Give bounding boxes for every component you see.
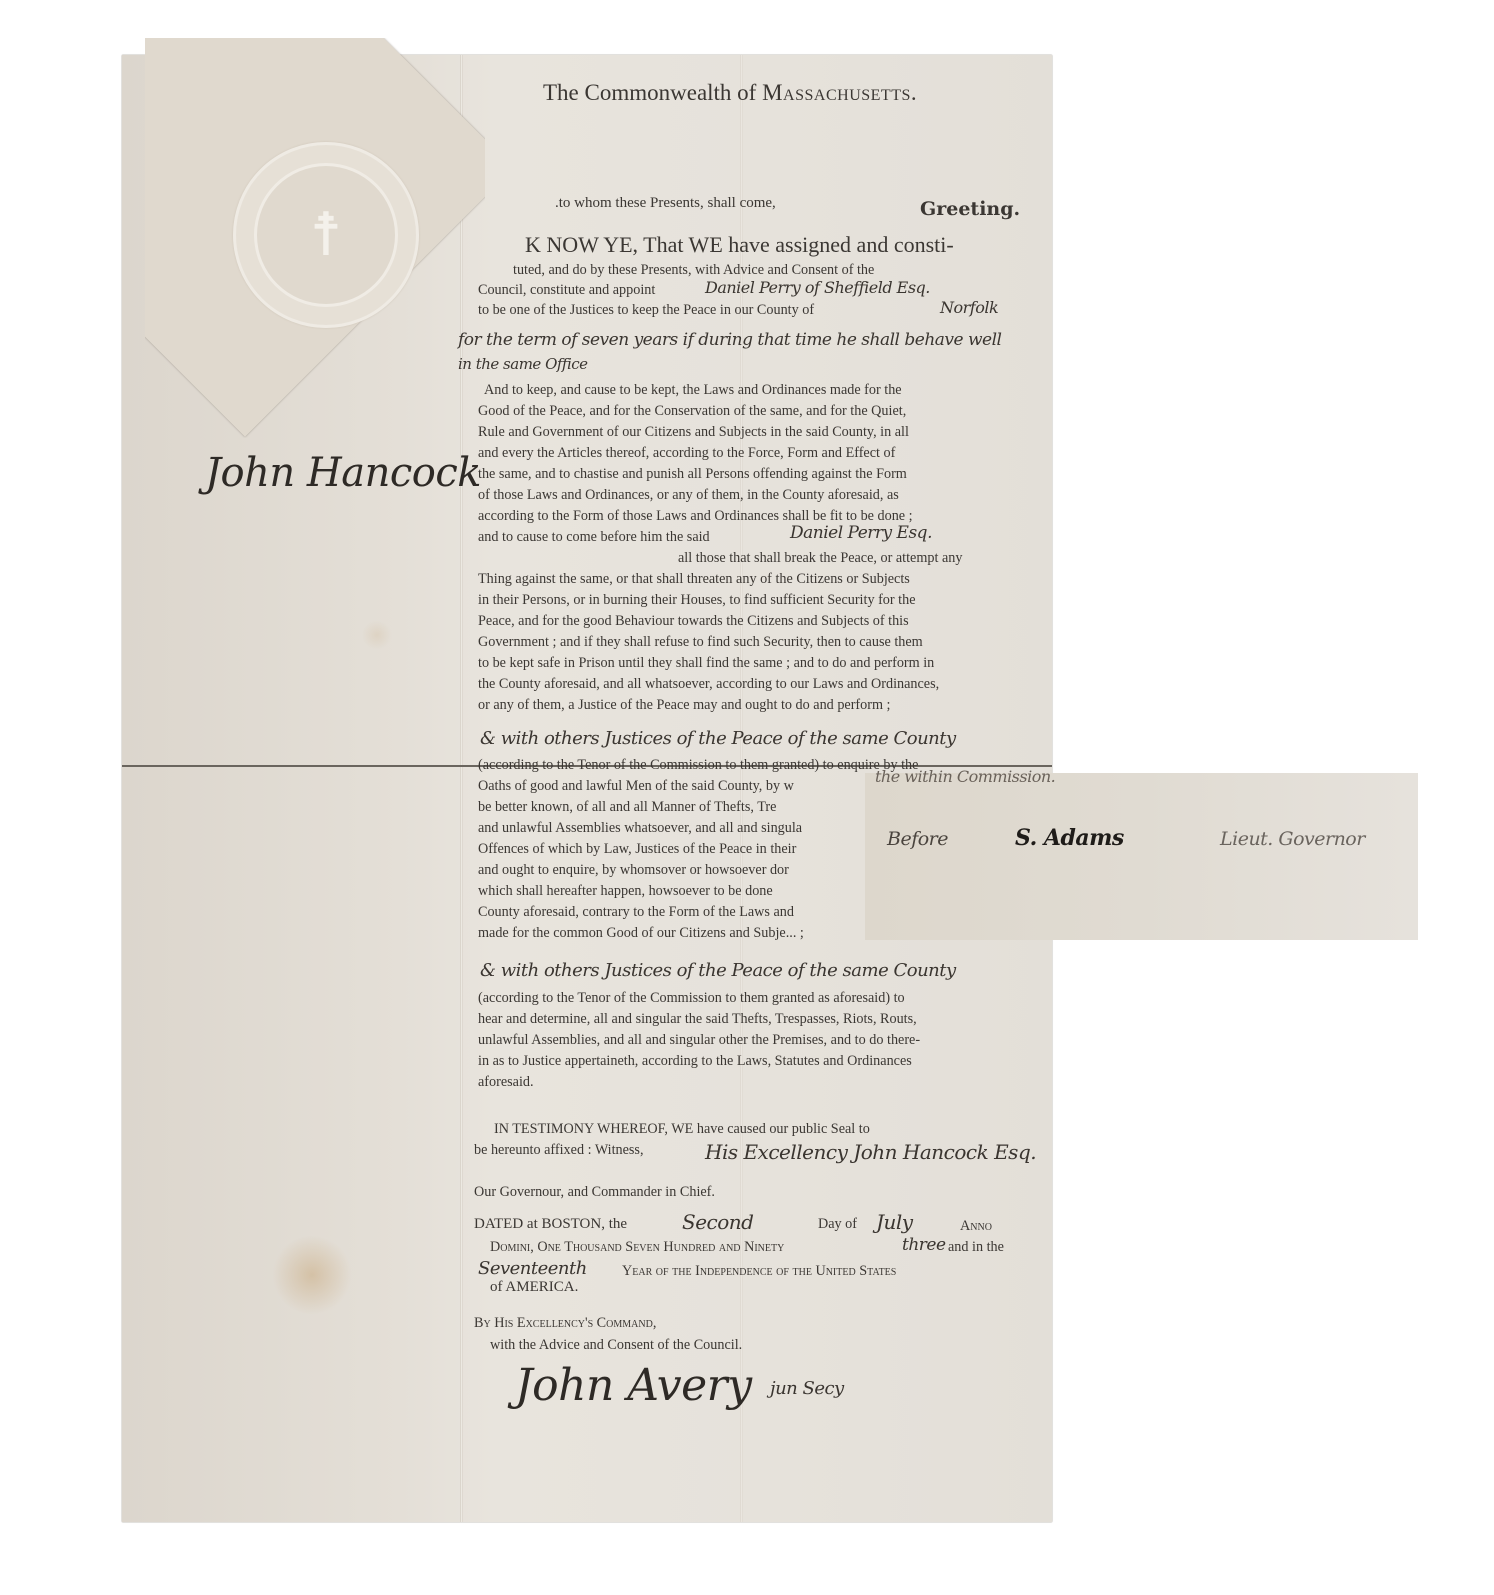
testimony-line: be hereunto affixed : Witness, [474, 1142, 644, 1159]
title-state: Massachusetts. [762, 80, 917, 105]
body-line: Oaths of good and lawful Men of the said… [478, 778, 794, 795]
handwritten-independence-year: Seventeenth [478, 1258, 587, 1279]
dated-line: DATED at BOSTON, the [474, 1216, 627, 1233]
dated-line: Year of the Independence of the United S… [622, 1263, 896, 1280]
handwritten-said-name: Daniel Perry Esq. [790, 523, 932, 543]
body-line: to be kept safe in Prison until they sha… [478, 655, 934, 672]
body-line: Good of the Peace, and for the Conservat… [478, 403, 906, 420]
body-line: to be one of the Justices to keep the Pe… [478, 302, 814, 319]
testimony-line: IN TESTIMONY WHEREOF, WE have caused our… [494, 1121, 870, 1138]
body-line: in as to Justice appertaineth, according… [478, 1053, 912, 1070]
title-prefix: The Commonwealth of [543, 80, 762, 105]
paper-stain [362, 620, 392, 650]
dated-line: Anno [960, 1218, 992, 1235]
body-line: unlawful Assemblies, and all and singula… [478, 1032, 920, 1049]
body-line: and unlawful Assemblies whatsoever, and … [478, 820, 802, 837]
signature-john-avery: John Avery [515, 1360, 752, 1411]
body-line: (according to the Tenor of the Commissio… [478, 757, 918, 774]
body-line: and to cause to come before him the said [478, 529, 710, 546]
dated-line: Day of [818, 1216, 857, 1233]
handwritten-year: three [902, 1235, 946, 1255]
handwritten-witness: His Excellency John Hancock Esq. [705, 1140, 1036, 1164]
paper-stain [272, 1235, 352, 1315]
handwritten-term-2: in the same Office [458, 355, 588, 373]
body-line: and every the Articles thereof, accordin… [478, 445, 895, 462]
body-line: and ought to enquire, by whomsover or ho… [478, 862, 789, 879]
body-line: in their Persons, or in burning their Ho… [478, 592, 916, 609]
command-line: with the Advice and Consent of the Counc… [490, 1337, 742, 1354]
body-line: all those that shall break the Peace, or… [678, 550, 962, 567]
handwritten-county: Norfolk [940, 298, 998, 317]
dated-line: Domini, One Thousand Seven Hundred and N… [490, 1239, 784, 1256]
body-line: Peace, and for the good Behaviour toward… [478, 613, 909, 630]
greeting: Greeting. [920, 198, 1020, 220]
body-line: made for the common Good of our Citizens… [478, 925, 804, 942]
inset-lieut-governor: Lieut. Governor [1220, 828, 1365, 850]
body-line: Thing against the same, or that shall th… [478, 571, 910, 588]
body-line: Rule and Government of our Citizens and … [478, 424, 909, 441]
body-line: be better known, of all and all Manner o… [478, 799, 776, 816]
handwritten-day: Second [682, 1210, 753, 1234]
document-title: The Commonwealth of Massachusetts. [543, 80, 917, 106]
signature-john-hancock: John Hancock [205, 450, 481, 496]
body-line: or any of them, a Justice of the Peace m… [478, 697, 891, 714]
body-line: aforesaid. [478, 1074, 534, 1091]
handwritten-with-others-2: & with others Justices of the Peace of t… [480, 960, 956, 981]
opening-line: K NOW YE, That WE have assigned and cons… [525, 232, 954, 258]
body-line: And to keep, and cause to be kept, the L… [484, 382, 902, 399]
body-line: the same, and to chastise and punish all… [478, 466, 907, 483]
salutation-line: .to whom these Presents, shall come, [555, 195, 776, 212]
body-line: Government ; and if they shall refuse to… [478, 634, 923, 651]
handwritten-appointee: Daniel Perry of Sheffield Esq. [705, 278, 930, 297]
body-line: County aforesaid, contrary to the Form o… [478, 904, 794, 921]
body-line: (according to the Tenor of the Commissio… [478, 990, 905, 1007]
signature-s-adams: S. Adams [1015, 825, 1124, 851]
handwritten-with-others-1: & with others Justices of the Peace of t… [480, 728, 956, 749]
secretary-title: jun Secy [770, 1378, 844, 1399]
body-line: Offences of which by Law, Justices of th… [478, 841, 796, 858]
body-line: tuted, and do by these Presents, with Ad… [513, 262, 874, 279]
body-line: Council, constitute and appoint [478, 282, 655, 299]
body-line: of those Laws and Ordinances, or any of … [478, 487, 899, 504]
body-line: which shall hereafter happen, howsoever … [478, 883, 773, 900]
governour-line: Our Governour, and Commander in Chief. [474, 1184, 715, 1201]
inset-top-text: the within Commission. [875, 767, 1055, 786]
seal-figure-icon: ☨ [309, 185, 343, 285]
command-line: By His Excellency's Command, [474, 1315, 656, 1332]
inset-before: Before [887, 828, 948, 850]
handwritten-month: July [876, 1210, 913, 1234]
dated-line: and in the [948, 1239, 1004, 1256]
embossed-seal: ☨ [233, 142, 419, 328]
inset-reverse-detail: the within Commission. Before S. Adams L… [865, 773, 1418, 940]
body-line: the County aforesaid, and all whatsoever… [478, 676, 939, 693]
dated-line: of AMERICA. [490, 1279, 578, 1296]
handwritten-term-1: for the term of seven years if during th… [458, 330, 1001, 350]
body-line: hear and determine, all and singular the… [478, 1011, 917, 1028]
